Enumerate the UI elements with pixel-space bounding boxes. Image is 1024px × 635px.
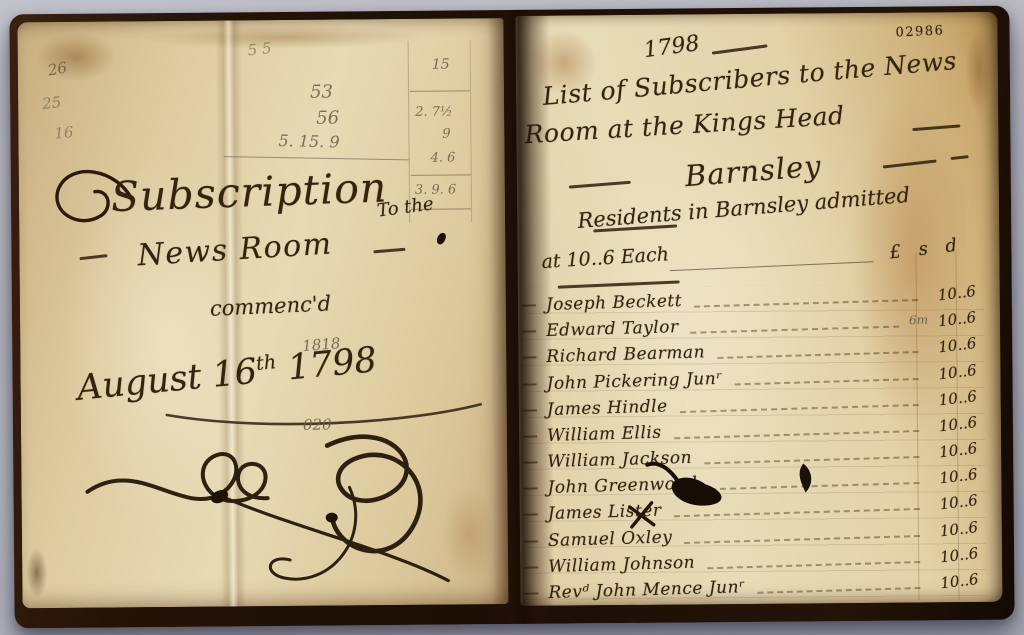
- date-year: 1798: [286, 340, 379, 388]
- pencil-jotting: 25: [41, 93, 62, 113]
- pen-dash: [79, 254, 107, 260]
- pencil-jotting: 5. 15. 9: [278, 131, 340, 152]
- page-title: Subscription: [110, 163, 388, 221]
- ink-blot-marks: [515, 12, 1002, 606]
- commenced-line: commenc'd: [209, 291, 331, 320]
- pencil-jotting: 5 5: [247, 39, 273, 60]
- book-cover: 26 25 16 5 5 53 56 5. 15. 9 15 2. 7½ 9 4…: [9, 6, 1014, 629]
- date-main: August 16: [75, 352, 258, 409]
- pencil-jotting: 26: [46, 58, 68, 79]
- pencil-jotting: 56: [316, 108, 339, 129]
- pencil-rule: [410, 90, 470, 92]
- pencil-rule: [224, 156, 409, 160]
- pencil-jotting: 2. 7½: [415, 105, 453, 120]
- pencil-jotting: 4. 6: [431, 150, 456, 165]
- date-line: August 16th 1798: [75, 340, 378, 409]
- pencil-jotting: 15: [432, 57, 450, 73]
- ink-blot: [436, 232, 447, 246]
- pencil-jotting: 9: [442, 127, 450, 142]
- date-ordinal: th: [255, 350, 277, 375]
- page-subtitle: News Room: [137, 226, 334, 273]
- calligraphic-flourish: [81, 424, 466, 599]
- photograph-of-ledger: 26 25 16 5 5 53 56 5. 15. 9 15 2. 7½ 9 4…: [0, 0, 1024, 635]
- pencil-jotting: 16: [54, 123, 74, 142]
- pencil-jotting: 53: [310, 82, 333, 103]
- right-page: 02986 1798 List of Subscribers to the Ne…: [515, 12, 1002, 606]
- ruled-column-line: [470, 40, 473, 222]
- pen-dash: [373, 248, 405, 254]
- pencil-rule: [411, 174, 471, 176]
- left-page: 26 25 16 5 5 53 56 5. 15. 9 15 2. 7½ 9 4…: [17, 18, 508, 608]
